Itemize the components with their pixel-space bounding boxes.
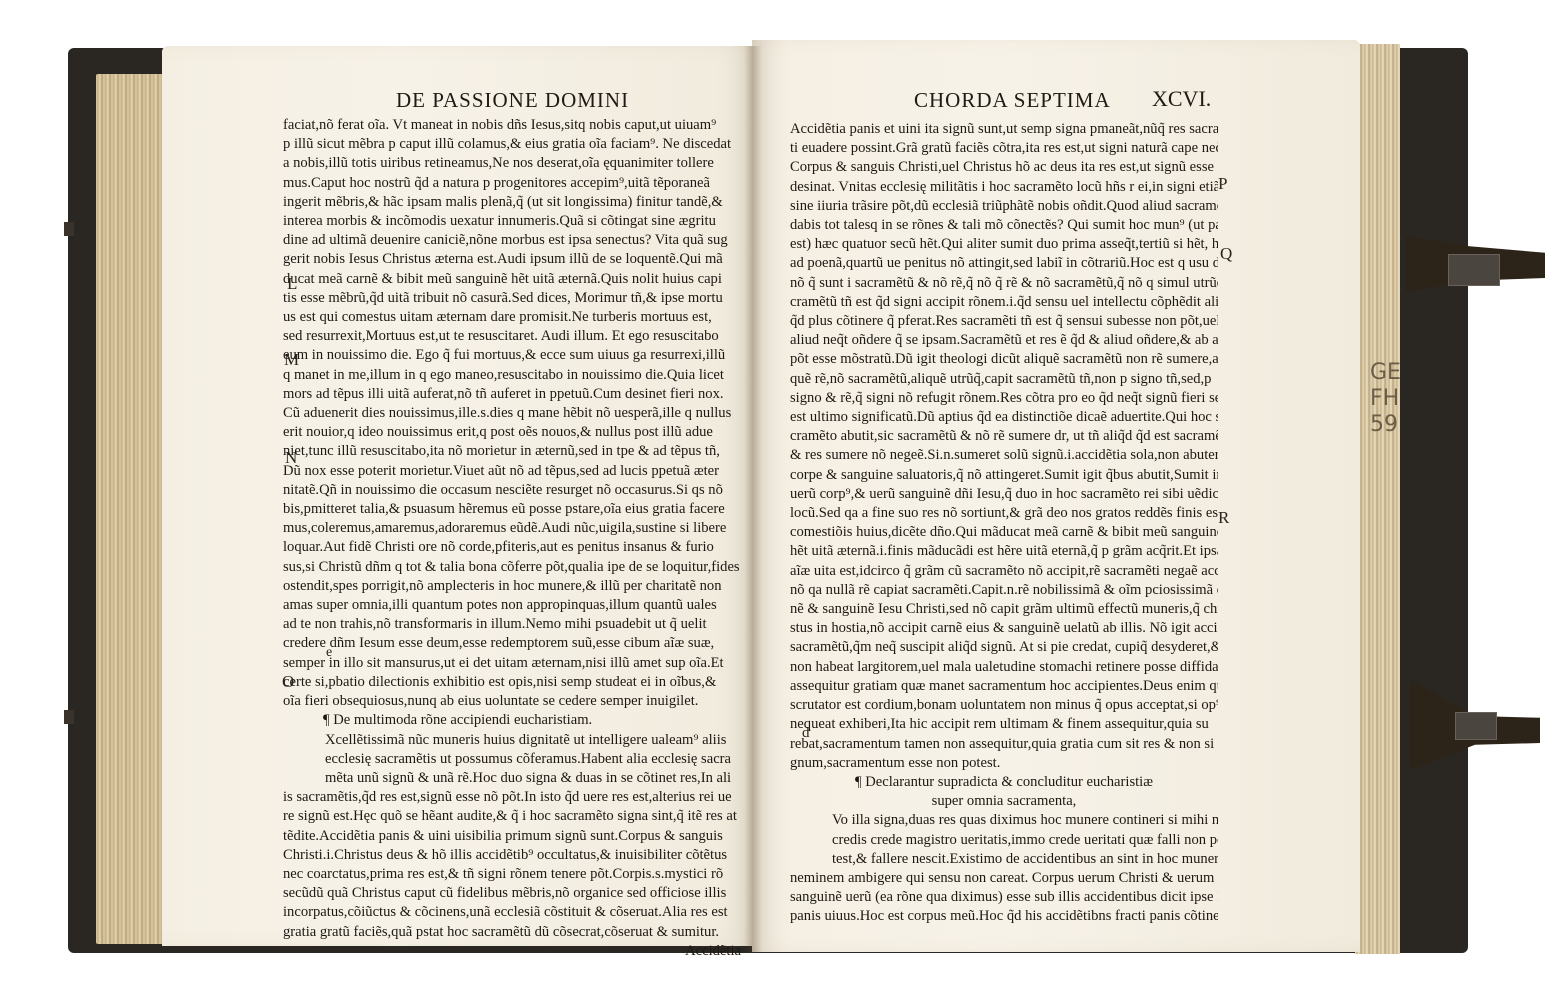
text-line: sed resurrexit,Mortuus est,ut te resusci… [283, 327, 741, 346]
margin-letter-q: Q [1220, 244, 1232, 264]
text-line: incorpatus,cõiũctus & cõcinens,unã eccle… [283, 903, 741, 922]
text-line: mẽta unũ signũ & unã rẽ.Hoc duo signa & … [283, 769, 741, 788]
text-line: ad poenã,quartũ ue penitus nõ attingit,s… [790, 254, 1218, 273]
right-running-head: CHORDA SEPTIMA [914, 88, 1111, 113]
text-line: eum in nouissimo die. Ego q̃ fui mortuus… [283, 346, 741, 365]
text-line: ad te non trahis,nõ transformaris in ill… [283, 615, 741, 634]
text-line: rebat,sacramentum tamen non assequitur,q… [790, 735, 1218, 754]
text-line: hẽt uitã æternã.i.finis mãducãdi est hẽr… [790, 542, 1218, 561]
text-line: ecclesię sacramẽtis ut possumus cõferamu… [283, 750, 741, 769]
catchword: Accidẽtia [283, 942, 741, 961]
text-line: semper in illo sit mansurus,ut ei det ui… [283, 654, 741, 673]
text-line: nitatẽ.Qñ in nouissimo die occasum nesci… [283, 481, 741, 500]
text-line: Dũ nox esse poterit morietur.Viuet aũt n… [283, 462, 741, 481]
text-line: dabis tot talesq in se rõnes & tali mõ c… [790, 216, 1218, 235]
text-line: mors ad tẽpus illi uitã auferat,nõ tñ au… [283, 385, 741, 404]
text-line: nõ q̃ sunt i sacramẽtũ & nõ rẽ,q̃ nõ q̃ … [790, 274, 1218, 293]
text-line: test,& fallere nescit.Existimo de accide… [790, 850, 1218, 869]
text-line: q manet in me,illum in q ego maneo,resus… [283, 366, 741, 385]
text-line: mus,coleremus,amaremus,adoraremus eũdẽ.A… [283, 519, 741, 538]
text-line: is sacramẽtis,q̃d res est,signũ esse nõ … [283, 788, 741, 807]
text-line: nequeat exhiberi,Ita hic accipit rem ult… [790, 715, 1218, 734]
text-line: nõ qa nullã rẽ capiat sacramẽti.Capit.n.… [790, 581, 1218, 600]
clasp-plate-bottom [1455, 712, 1497, 740]
book-gutter [744, 46, 762, 952]
left-clasp-pin-bottom [64, 710, 74, 724]
text-line: aliud neq̃t oñdere q̃ se ipsam.Sacramẽtũ… [790, 331, 1218, 350]
left-page-text: faciat,nõ ferat oĩa. Vt maneat in nobis … [283, 116, 741, 961]
text-line: ingerit mẽbris,& hãc ipsam malis plenã,q… [283, 193, 741, 212]
text-line: comestiõis huius,dicẽte dño.Qui mãducat … [790, 523, 1218, 542]
text-line: est ultimo significatũ.Dũ aptius q̃d ea … [790, 408, 1218, 427]
text-line: tis esse mẽbrũ,q̃d uitã tribuit nõ casur… [283, 289, 741, 308]
text-line: secũdũ quã Christus caput cũ fidelibus m… [283, 884, 741, 903]
text-line: Vo illa signa,duas res quas diximus hoc … [790, 811, 1218, 830]
text-line: ostendit,spes porrigit,nõ amplecteris in… [283, 577, 741, 596]
text-line: niet,tunc illũ resuscitabo,ita nõ moriet… [283, 442, 741, 461]
text-line: Cũ aduenerit dies nouissimus,ille.s.dies… [283, 404, 741, 423]
text-line: credis crede magistro ueritatis,immo cre… [790, 831, 1218, 850]
text-line: non habeat largitorem,uel mala ualetudin… [790, 658, 1218, 677]
text-line: gnum,sacramentum esse non potest. [790, 754, 1218, 773]
margin-letter-p: P [1218, 174, 1227, 194]
text-line: cramẽto abutit,sic sacramẽtũ & nõ rẽ sum… [790, 427, 1218, 446]
text-line: corpe & sanguine saluatoris,q̃ nõ atting… [790, 466, 1218, 485]
section-heading: ¶ Declarantur supradicta & concluditur e… [790, 773, 1218, 792]
text-line: uerũ corp⁹,& uerũ sanguinẽ dñi Iesu,q̃ d… [790, 485, 1218, 504]
text-line: sacramẽtũ,q̃m neq̃ suscipit aliq̃d signũ… [790, 638, 1218, 657]
text-line: sus,si Christũ dñm q tot & talia bona cõ… [283, 558, 741, 577]
right-page-text: Accidẽtia panis et uini ita signũ sunt,u… [790, 120, 1218, 927]
text-line: assequitur gratiam quæ manet sacramentum… [790, 677, 1218, 696]
text-line: gratia gratũ faciẽs,quã pstat hoc sacram… [283, 923, 741, 942]
left-clasp-pin-top [64, 222, 74, 236]
text-line: desinat. Vnitas ecclesię militãtis i hoc… [790, 178, 1218, 197]
text-line: cramẽtũ tñ est q̃d signi accipit rõnem.i… [790, 293, 1218, 312]
text-line: quẽ rẽ,nõ sacramẽtũ,aliquẽ utrũq̃,capit … [790, 370, 1218, 389]
text-line: loquar.Aut fidẽ Christi ore nõ corde,pfi… [283, 538, 741, 557]
text-line: bis,pmitteret talia,& psuasum hẽremus eũ… [283, 500, 741, 519]
text-line: faciat,nõ ferat oĩa. Vt maneat in nobis … [283, 116, 741, 135]
text-line: amas super omnia,illi quantum potes non … [283, 596, 741, 615]
text-line: panis uiuus.Hoc est corpus meũ.Hoc q̃d h… [790, 907, 1218, 926]
text-line: locũ.Sed qa a fine suo res nõ sortiunt,&… [790, 504, 1218, 523]
text-line: aĩæ uita est,idcirco q̃ grãm cũ sacramẽt… [790, 562, 1218, 581]
text-line: est) hæc quatuor secũ hẽt.Qui aliter sum… [790, 235, 1218, 254]
right-page-edges [1355, 44, 1400, 954]
text-line: credere dñm Iesum esse deum,esse redempt… [283, 634, 741, 653]
clasp-plate-top [1448, 254, 1500, 286]
text-line: us est qui comestus uitam æternam dare p… [283, 308, 741, 327]
text-line: mus.Caput hoc nostrũ q̃d a natura p prog… [283, 174, 741, 193]
section-heading-continued: super omnia sacramenta, [790, 792, 1218, 811]
text-line: ducat meã carnẽ & bibit meũ sanguinẽ hẽt… [283, 270, 741, 289]
book-photograph: GE FH 59 DE PASSIONE DOMINI CHORDA SEPTI… [0, 0, 1568, 1000]
section-heading: ¶ De multimoda rõne accipiendi eucharist… [283, 711, 741, 730]
text-line: certe si,pbatio dilectionis exhibitio es… [283, 673, 741, 692]
text-line: Accidẽtia panis et uini ita signũ sunt,u… [790, 120, 1218, 139]
left-running-head: DE PASSIONE DOMINI [396, 88, 629, 113]
fore-edge-marking: GE FH 59 [1370, 360, 1398, 480]
text-line: nẽ & sanguinẽ Iesu Christi,sed nõ capit … [790, 600, 1218, 619]
text-line: p illũ sicut mẽbra p caput illũ colamus,… [283, 135, 741, 154]
text-line: Corpus & sanguis Christi,uel Christus hõ… [790, 158, 1218, 177]
text-line: neminem ambigere qui sensu non careat. C… [790, 869, 1218, 888]
text-line: Xcellẽtissimã nũc muneris huius dignitat… [283, 731, 741, 750]
text-line: stus in hostia,nõ accipit carnẽ eius & s… [790, 619, 1218, 638]
text-line: sine iiuria trãsire põt,dũ ecclesiã triũ… [790, 197, 1218, 216]
text-line: põt esse mõstratũ.Dũ igit theologi dicũt… [790, 350, 1218, 369]
text-line: sanguinẽ uerũ (ea rõne qua diximus) esse… [790, 888, 1218, 907]
text-line: ti euadere possint.Grã gratũ faciẽs cõtr… [790, 139, 1218, 158]
text-line: oĩa fieri obsequiosus,nunq ab eius uolun… [283, 692, 741, 711]
text-line: a nobis,illũ totis uiribus retineamus,Ne… [283, 154, 741, 173]
text-line: Christi.i.Christus deus & hõ illis accid… [283, 846, 741, 865]
text-line: signo & rẽ,q̃ signi nõ refugit rõnem.Res… [790, 389, 1218, 408]
text-line: & res sumere nõ negeẽ.Si.n.sumeret solũ … [790, 446, 1218, 465]
margin-letter-r: R [1218, 508, 1229, 528]
text-line: nec coarctatus,prima res est,& tñ signi … [283, 865, 741, 884]
text-line: interea morbis & incõmodis uexatur innum… [283, 212, 741, 231]
text-line: scrutator est cordium,bonam uoluntatem n… [790, 696, 1218, 715]
left-page-edges [96, 74, 172, 944]
text-line: erit nouior,q ideo nouissimus erit,q pos… [283, 423, 741, 442]
text-line: gerit nobis Iesus Christus æterna est.Au… [283, 250, 741, 269]
text-line: re signũ est.Hęc quõ se hẽant audite,& q… [283, 807, 741, 826]
folio-number: XCVI. [1152, 86, 1211, 112]
text-line: q̃d plus cõtinere q̃ pferat.Res sacramẽt… [790, 312, 1218, 331]
text-line: tẽdite.Accidẽtia panis & uini uisibilia … [283, 827, 741, 846]
text-line: dine ad ultimã deuenire caniciẽ,nõne mor… [283, 231, 741, 250]
